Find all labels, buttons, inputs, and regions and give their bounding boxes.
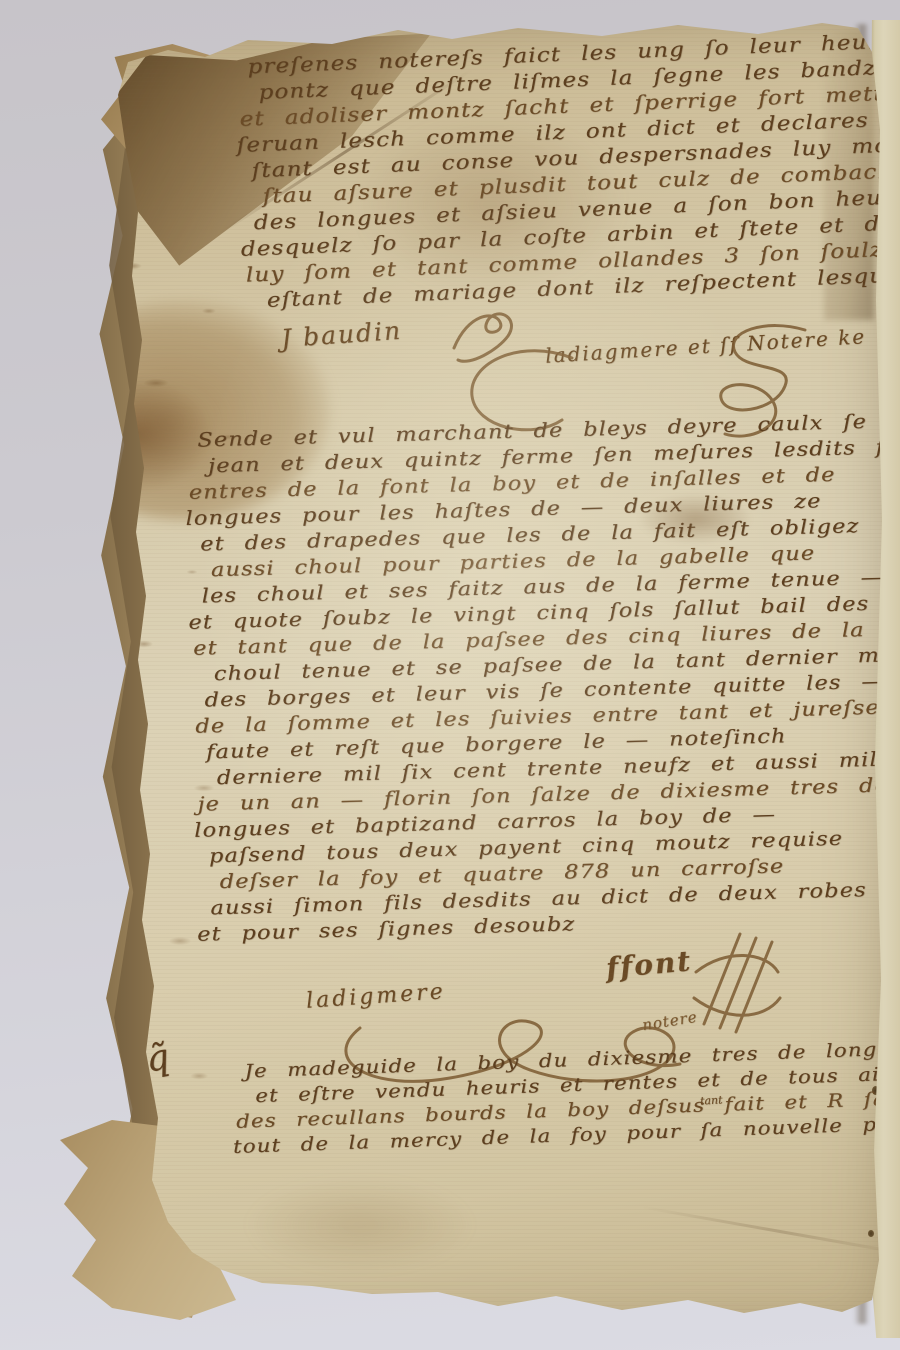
signature-ffont: ffont — [605, 944, 694, 984]
notary-signature-line-1: ladiagmere et ſſ Notere ke — [545, 324, 867, 368]
ffont-paraph-crosshatch — [686, 928, 786, 1038]
notary-signature-line-2: ladigmere — [305, 979, 446, 1014]
paragraph-1: preſenes notereſs faict les ung ſo leur … — [233, 28, 893, 314]
baudin-paraph-flourish — [448, 308, 528, 372]
notary-title-2: notere — [641, 1008, 699, 1034]
paragraph-2: Sende et vul marchant de bleys deyre cau… — [183, 408, 897, 947]
signature-baudin: J baudin — [280, 316, 403, 353]
wormhole — [868, 1230, 874, 1237]
photograph-of-manuscript: preſenes notereſs faict les ung ſo leur … — [0, 0, 900, 1350]
fold-crease — [642, 1206, 900, 1258]
paragraph-3: Je madeguide la boy du dixiesme tres de … — [230, 1037, 900, 1160]
faint-stain — [250, 1180, 470, 1270]
